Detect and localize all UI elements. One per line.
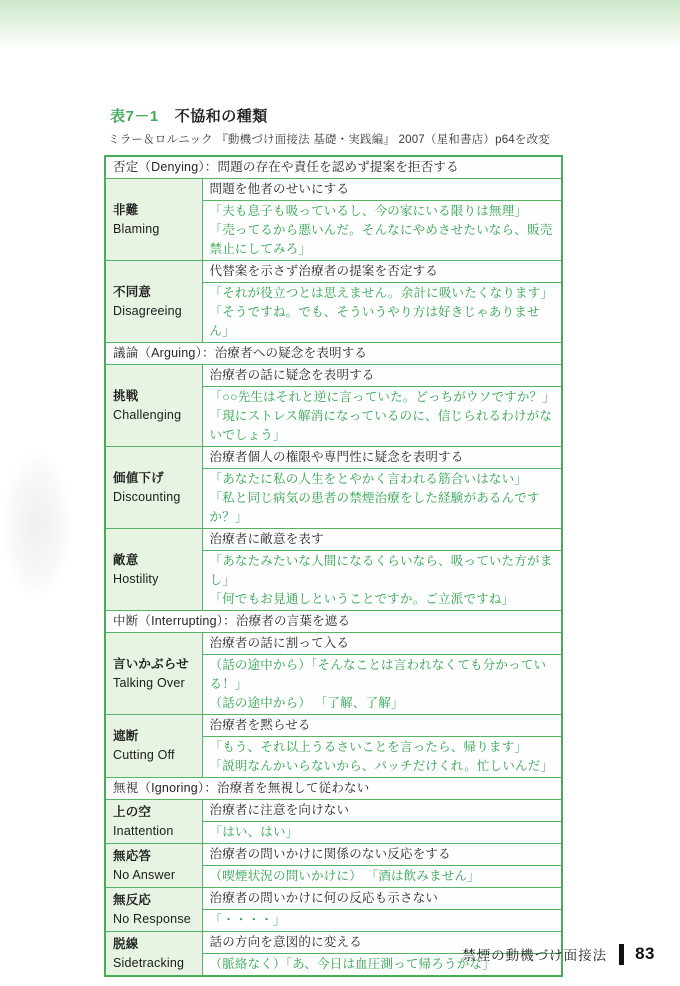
row-label-en: Challenging [113,406,195,425]
page-content: 表7－1不協和の種類 ミラー＆ロルニック 『動機づけ面接法 基礎・実践編』 20… [104,105,563,977]
row-label-disagreeing: 不同意 Disagreeing [105,261,202,343]
row-label-jp: 遮断 [113,727,195,746]
section-header-row-denying: 否定（Denying）：問題の存在や責任を認めず提案を拒否する [105,156,562,179]
quote-line: 「はい、はい」 [210,823,555,842]
table-row: 言いかぶらせ Talking Over 治療者の話に割って入る [105,633,562,655]
row-label-jp: 無応答 [113,847,195,866]
table-row: 敵意 Hostility 治療者に敵意を表す [105,529,562,551]
quote-line: 「それが役立つとは思えません。余計に吸いたくなります」 [210,284,555,303]
row-label-jp: 無反応 [113,891,195,910]
quote-line: 「そうですね。でも、そういうやり方は好きじゃありません」 [210,303,555,341]
table-row: 不同意 Disagreeing 代替案を示さず治療者の提案を否定する [105,261,562,283]
row-label-cutting-off: 遮断 Cutting Off [105,715,202,778]
row-label-jp: 価値下げ [113,469,195,488]
section-header-arguing: 議論（Arguing）：治療者への疑念を表明する [105,343,562,365]
section-header-row-ignoring: 無視（Ignoring）：治療者を無視して従わない [105,778,562,800]
source-citation: ミラー＆ロルニック 『動機づけ面接法 基礎・実践編』 2007（星和書店）p64… [108,131,563,147]
table-row: 上の空 Inattention 治療者に注意を向けない [105,800,562,822]
table-row: 非難 Blaming 問題を他者のせいにする [105,179,562,201]
quote-line: （話の途中から）「そんなことは言われなくても分かっている！」 [210,656,555,694]
footer-running-title: 禁煙の動機づけ面接法 [462,944,607,964]
quotes-cell: 「あなたみたいな人間になるくらいなら、吸っていた方がまし」 「何でもお見通しとい… [202,551,562,611]
row-label-en: Hostility [113,570,195,589]
scan-artifact-smudge [4,455,70,595]
table-row: 遮断 Cutting Off 治療者を黙らせる [105,715,562,737]
row-label-hostility: 敵意 Hostility [105,529,202,611]
discord-types-table: 否定（Denying）：問題の存在や責任を認めず提案を拒否する 非難 Blami… [104,155,563,977]
row-label-jp: 言いかぶらせ [113,655,195,674]
row-label-en: Discounting [113,488,195,507]
row-label-inattention: 上の空 Inattention [105,800,202,844]
table-row: 価値下げ Discounting 治療者個人の権限や専門性に疑念を表明する [105,447,562,469]
quotes-cell: （喫煙状況の問いかけに） 「酒は飲みません」 [202,866,562,888]
quote-line: （喫煙状況の問いかけに） 「酒は飲みません」 [210,867,555,886]
row-label-en: No Answer [113,866,195,885]
behavior-cell: 治療者の問いかけに関係のない反応をする [202,844,562,866]
section-header-interrupting: 中断（Interrupting）：治療者の言葉を遮る [105,611,562,633]
quotes-cell: 「それが役立つとは思えません。余計に吸いたくなります」 「そうですね。でも、そう… [202,283,562,343]
quotes-cell: 「あなたに私の人生をとやかく言われる筋合いはない」 「私と同じ病気の患者の禁煙治… [202,469,562,529]
row-label-jp: 脱線 [113,935,195,954]
table-row: 無応答 No Answer 治療者の問いかけに関係のない反応をする [105,844,562,866]
quote-line: 「売ってるから悪いんだ。そんなにやめさせたいなら、販売禁止にしてみろ」 [210,221,555,259]
row-label-jp: 挑戦 [113,387,195,406]
row-label-jp: 非難 [113,201,195,220]
row-label-no-response: 無反応 No Response [105,888,202,932]
footer-divider-bar [619,944,624,965]
page-number: 83 [635,944,655,964]
quotes-cell: 「はい、はい」 [202,822,562,844]
row-label-en: Sidetracking [113,954,195,973]
row-label-talking-over: 言いかぶらせ Talking Over [105,633,202,715]
quote-line: （話の途中から） 「了解、了解」 [210,694,555,713]
behavior-cell: 治療者を黙らせる [202,715,562,737]
row-label-jp: 敵意 [113,551,195,570]
row-label-en: Disagreeing [113,302,195,321]
row-label-en: No Response [113,910,195,929]
quotes-cell: 「・・・・」 [202,910,562,932]
quote-line: 「私と同じ病気の患者の禁煙治療をした経験があるんですか？」 [210,489,555,527]
behavior-cell: 治療者個人の権限や専門性に疑念を表明する [202,447,562,469]
quote-line: 「現にストレス解消になっているのに、信じられるわけがないでしょう」 [210,407,555,445]
behavior-cell: 問題を他者のせいにする [202,179,562,201]
row-label-en: Talking Over [113,674,195,693]
quotes-cell: 「○○先生はそれと逆に言っていた。どっちがウソですか？」 「現にストレス解消にな… [202,387,562,447]
quote-line: 「夫も息子も吸っているし、今の家にいる限りは無理」 [210,202,555,221]
quote-line: 「・・・・」 [210,911,555,930]
behavior-cell: 治療者の話に疑念を表明する [202,365,562,387]
section-header-denying: 否定（Denying）：問題の存在や責任を認めず提案を拒否する [105,156,562,179]
row-label-no-answer: 無応答 No Answer [105,844,202,888]
quote-line: 「説明なんかいらないから、パッチだけくれ。忙しいんだ」 [210,757,555,776]
table-row: 挑戦 Challenging 治療者の話に疑念を表明する [105,365,562,387]
row-label-en: Blaming [113,220,195,239]
table-number-label: 表7－1 [110,108,159,125]
quotes-cell: （話の途中から）「そんなことは言われなくても分かっている！」 （話の途中から） … [202,655,562,715]
quotes-cell: 「夫も息子も吸っているし、今の家にいる限りは無理」 「売ってるから悪いんだ。そん… [202,201,562,261]
row-label-jp: 不同意 [113,283,195,302]
behavior-cell: 代替案を示さず治療者の提案を否定する [202,261,562,283]
behavior-cell: 治療者に敵意を表す [202,529,562,551]
quote-line: 「○○先生はそれと逆に言っていた。どっちがウソですか？」 [210,388,555,407]
row-label-sidetracking: 脱線 Sidetracking [105,932,202,977]
page-top-gradient [0,0,680,50]
row-label-en: Cutting Off [113,746,195,765]
row-label-jp: 上の空 [113,803,195,822]
row-label-en: Inattention [113,822,195,841]
page-title: 表7－1不協和の種類 [110,105,563,126]
row-label-discounting: 価値下げ Discounting [105,447,202,529]
table-row: 無反応 No Response 治療者の問いかけに何の反応も示さない [105,888,562,910]
quote-line: 「もう、それ以上うるさいことを言ったら、帰ります」 [210,738,555,757]
section-header-row-interrupting: 中断（Interrupting）：治療者の言葉を遮る [105,611,562,633]
row-label-blaming: 非難 Blaming [105,179,202,261]
section-header-row-arguing: 議論（Arguing）：治療者への疑念を表明する [105,343,562,365]
quote-line: 「あなたに私の人生をとやかく言われる筋合いはない」 [210,470,555,489]
behavior-cell: 治療者の問いかけに何の反応も示さない [202,888,562,910]
row-label-challenging: 挑戦 Challenging [105,365,202,447]
behavior-cell: 治療者に注意を向けない [202,800,562,822]
page-footer: 禁煙の動機づけ面接法 83 [462,941,655,967]
section-header-ignoring: 無視（Ignoring）：治療者を無視して従わない [105,778,562,800]
quotes-cell: 「もう、それ以上うるさいことを言ったら、帰ります」 「説明なんかいらないから、パ… [202,737,562,778]
quote-line: 「あなたみたいな人間になるくらいなら、吸っていた方がまし」 [210,552,555,590]
behavior-cell: 治療者の話に割って入る [202,633,562,655]
table-title-text: 不協和の種類 [175,108,268,125]
quote-line: 「何でもお見通しということですか。ご立派ですね」 [210,590,555,609]
